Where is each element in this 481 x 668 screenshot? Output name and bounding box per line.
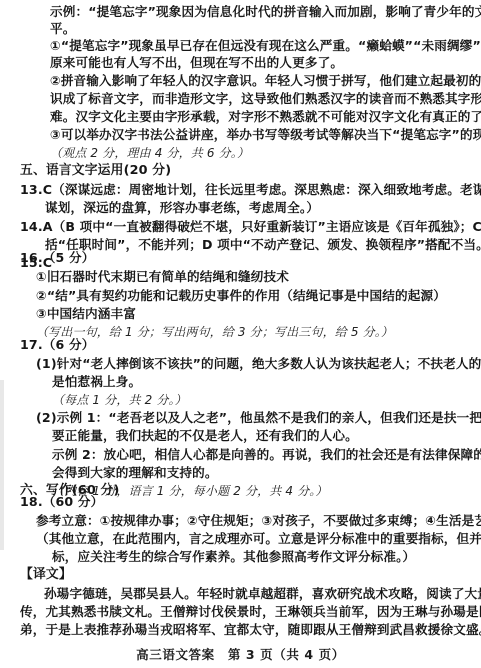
answer-16: 16.（5 分） — [20, 250, 94, 266]
text-line: (1)针对“老人摔倒该不该扶”的问题，绝大多数人认为该扶起老人；不扶老人的主要原… — [36, 356, 481, 372]
text-line: ③中国结内涵丰富 — [36, 306, 136, 322]
section-heading-5: 五、语言文字运用(20 分) — [20, 163, 171, 179]
translation-line: 孙瑒字德琏，吴郡吴县人。年轻时就卓越超群，喜欢研究战术攻略，阅读了大量的经书史 — [44, 586, 481, 602]
text-line: 谋划，深远的盘算，形容办事老练，考虑周全。） — [45, 200, 319, 216]
answer-key-page: 示例：“提笔忘字”现象因为信息化时代的拼音输入而加剧，影响了青少年的文化素养水 … — [0, 0, 481, 668]
text-line: 示例：“提笔忘字”现象因为信息化时代的拼音输入而加剧，影响了青少年的文化素养水 — [50, 4, 481, 20]
text-line: 参考立意：①按规律办事；②守住规矩；③对孩子，不要做过多束缚；④生活是艺术的根。 — [36, 513, 481, 529]
answer-18: 18.（60 分） — [20, 494, 103, 510]
text-line: 标，应关注考生的综合写作素养。其他参照高考作文评分标准。） — [52, 549, 415, 565]
text-line: 要正能量，我们扶起的不仅是老人，还有我们的人心。 — [52, 428, 358, 444]
text-line: 是怕惹祸上身。 — [52, 374, 141, 390]
text-line: 括“任职时间”，不能并列；D 项中“不动产登记、颁发、换领程序”搭配不当。） — [45, 237, 481, 253]
answer-13: 13.C（深谋远虑：周密地计划，往长远里考虑。深思熟虑：深入细致地考虑。老谋深算… — [20, 182, 481, 198]
text-line: 会得到大家的理解和支持的。 — [52, 465, 218, 481]
text-line: ①“提笔忘字”现象虽早已存在但远没有现在这么严重。“癞蛤蟆”“未雨绸缪”这些字词 — [50, 38, 481, 54]
text-line: 平。 — [50, 21, 76, 37]
text-line: （其他立意，在此范围内，言之成理亦可。立意是评分标准中的重要指标，但并不是唯一指 — [36, 531, 481, 547]
translation-line: 弟，于是上表推荐孙瑒当戎昭将军、宜都太守，随即跟从王僧辩到武昌救援徐文盛。适逢郢… — [20, 622, 481, 638]
text-line: ②拼音输入影响了年轻人的汉字意识。年轻人习惯于拼写，他们建立起最初的汉字意 — [50, 73, 481, 89]
translation-heading: 【译文】 — [20, 567, 72, 583]
text-line: ③可以举办汉字书法公益讲座，举办书写等级考试等解决当下“提笔忘字”的现象。 — [50, 127, 481, 143]
text-line: ②“结”具有契约功能和记载历史事件的作用（结绳记事是中国结的起源） — [36, 288, 446, 304]
scoring-note: （每点 1 分，共 2 分。） — [52, 392, 187, 408]
scan-edge-shadow — [0, 380, 4, 550]
text-line: 示例 2：放心吧，相信人心都是向善的。再说，我们的社会还是有法律保障的，您的爱心 — [52, 447, 481, 463]
text-line: ①旧石器时代末期已有简单的结绳和缝纫技术 — [36, 269, 289, 285]
text-line: (2)示例 1：“老吾老以及人之老”，他虽然不是我们的亲人，但我们还是扶一把吧。… — [36, 410, 481, 426]
text-line: 难。汉字文化主要由字形承载，对字形不熟悉就不可能对汉字文化有真正的了解。 — [50, 109, 481, 125]
text-line: 识成了标音文字，而非造形文字，这导致他们熟悉汉字的读音而不熟悉其字形，书写困 — [50, 91, 481, 107]
page-footer: 高三语文答案 第 3 页（共 4 页） — [0, 645, 481, 663]
answer-14: 14.A（B 项中“一直被翻得破烂不堪，只好重新装订”主语应该是《百年孤独》；C… — [20, 219, 481, 235]
text-line: 原来可能也有人写不出，但现在写不出的人更多了。 — [50, 55, 343, 71]
translation-line: 传，尤其熟悉书牍文札。王僧辩讨伐侯景时，王琳领兵当前军，因为王琳与孙瑒是同门师兄 — [20, 604, 481, 620]
scoring-note: （观点 2 分，理由 4 分，共 6 分。） — [50, 145, 249, 161]
answer-17: 17.（6 分） — [20, 337, 94, 353]
